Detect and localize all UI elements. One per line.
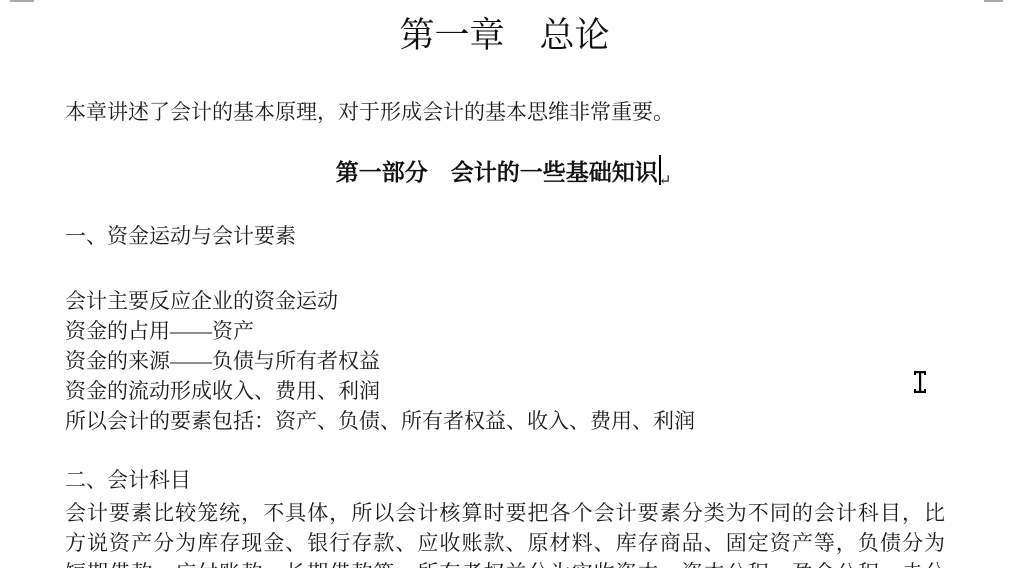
document-page[interactable]: 第一章 总论 本章讲述了会计的基本原理，对于形成会计的基本思维非常重要。 第一部… [0,0,1009,568]
part1-heading[interactable]: 一、资金运动与会计要素 [65,222,296,250]
part1-line[interactable]: 资金的来源——负债与所有者权益 [65,347,380,375]
intro-paragraph[interactable]: 本章讲述了会计的基本原理，对于形成会计的基本思维非常重要。 [65,98,674,126]
section-heading-text: 第一部分 会计的一些基础知识 [336,160,658,185]
ibeam-mouse-cursor [912,370,928,394]
part1-line[interactable]: 会计主要反应企业的资金运动 [65,287,338,315]
top-edge-scroll-remnant-right [984,0,1003,2]
part1-line[interactable]: 资金的占用——资产 [65,317,254,345]
part1-line[interactable]: 所以会计的要素包括：资产、负债、所有者权益、收入、费用、利润 [65,407,695,435]
paragraph-mark-icon: ↵ [659,173,672,189]
part1-line[interactable]: 资金的流动形成收入、费用、利润 [65,377,380,405]
chapter-title[interactable]: 第一章 总论 [0,8,1009,58]
part2-body-line-clipped[interactable]: 短期借款、应付账款、长期借款等，所有者权益分为实收资本、资本公积、盈余公积、未分 [65,559,945,568]
part2-body-line[interactable]: 会计要素比较笼统，不具体，所以会计核算时要把各个会计要素分类为不同的会计科目，比 [65,499,945,527]
part2-body-line[interactable]: 方说资产分为库存现金、银行存款、应收账款、原材料、库存商品、固定资产等，负债分为 [65,529,945,557]
part2-heading[interactable]: 二、会计科目 [65,466,191,494]
section-heading-line[interactable]: 第一部分 会计的一些基础知识↵ [0,154,1009,187]
top-edge-scroll-remnant-left [10,0,34,2]
